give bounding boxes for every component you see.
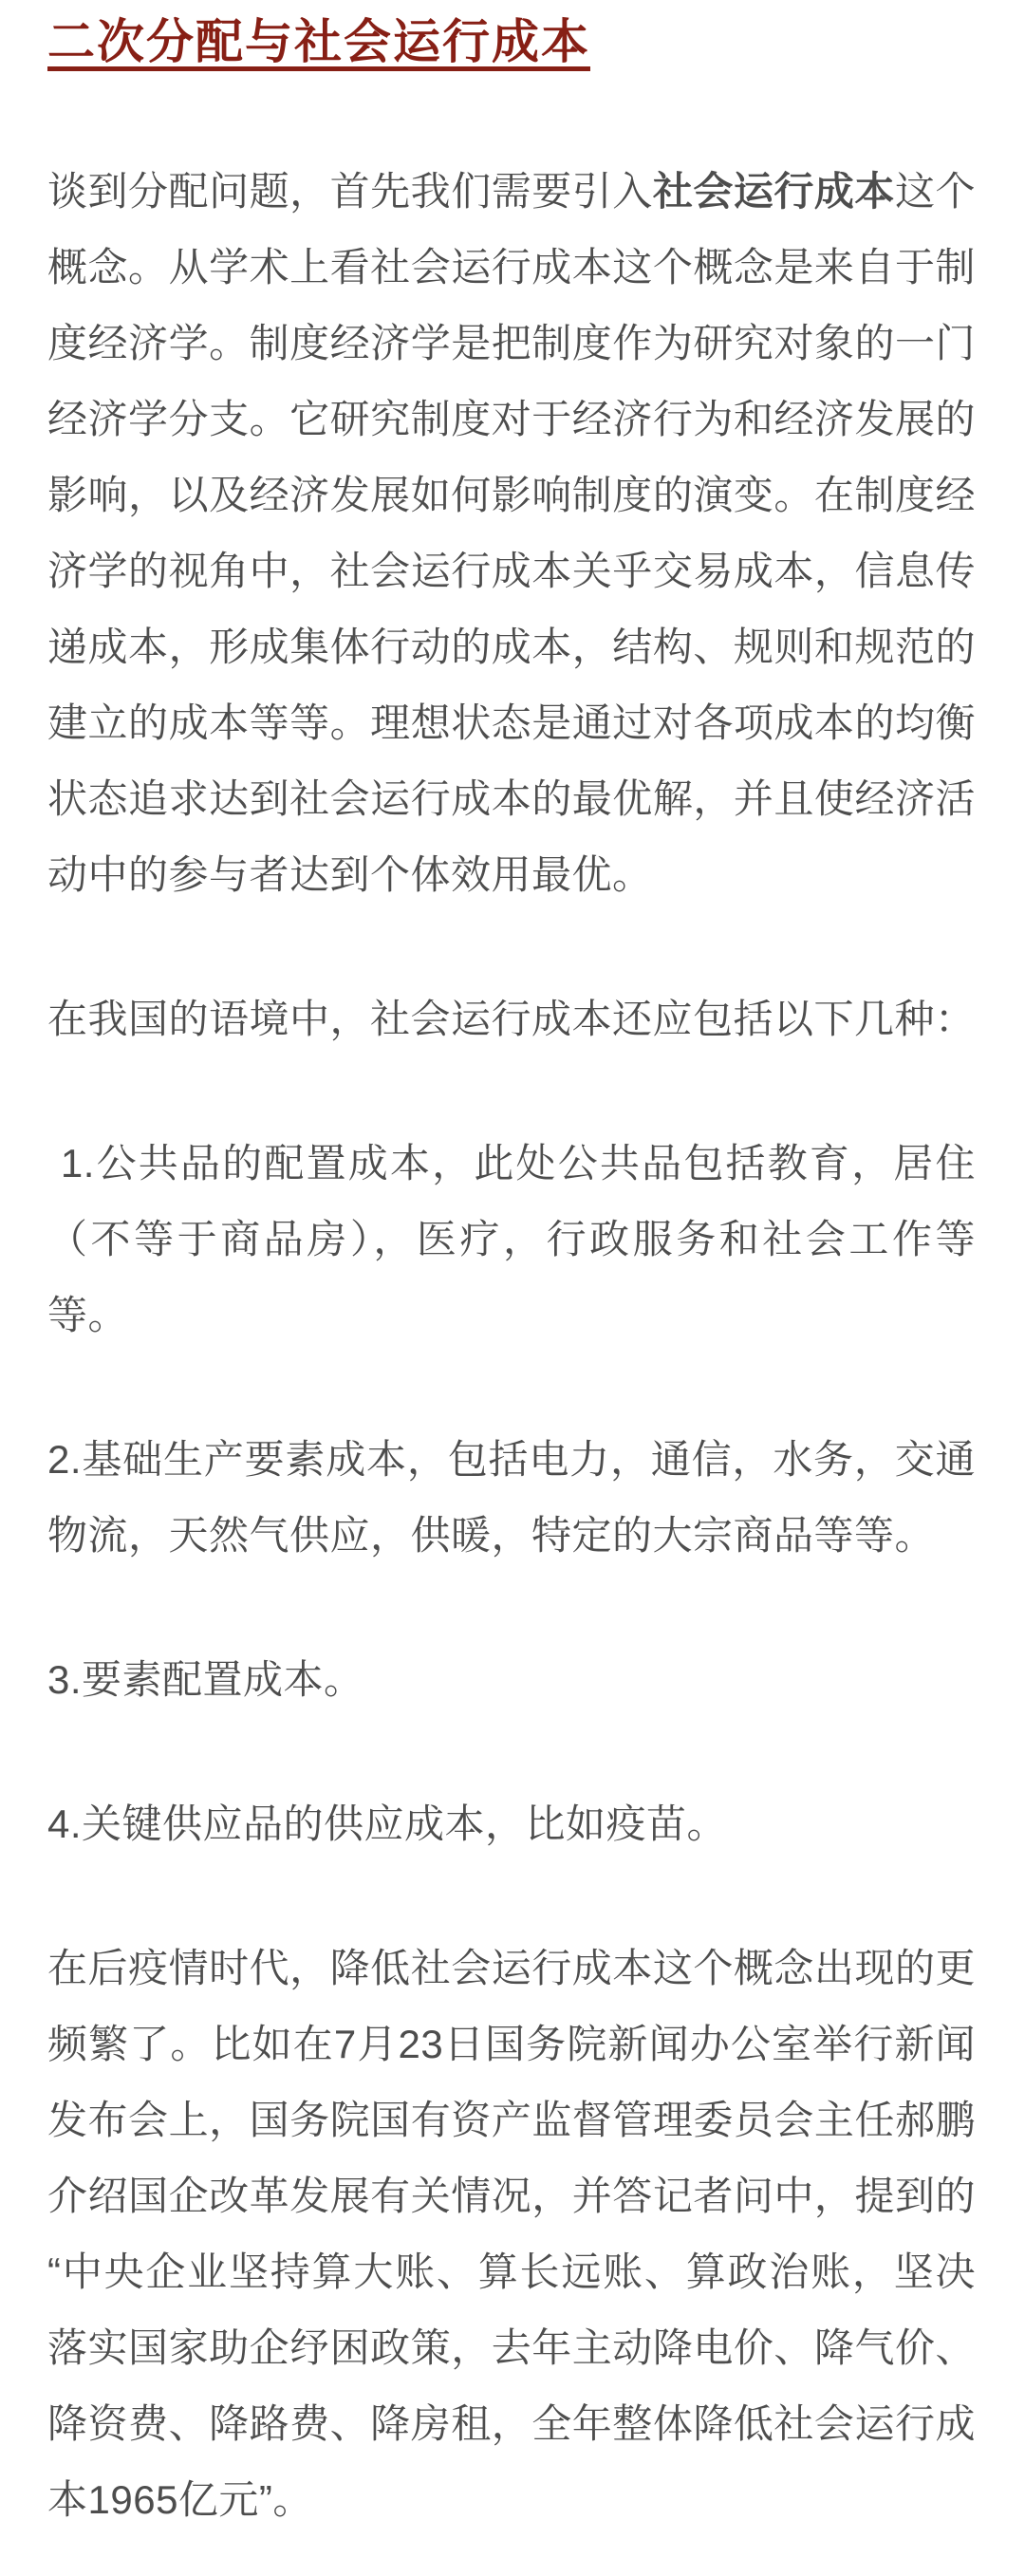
paragraph-text: 2.基础生产要素成本，包括电力，通信，水务，交通物流，天然气供应，供暖，特定的大… (47, 1437, 976, 1558)
paragraph-text: 在后疫情时代，降低社会运行成本这个概念出现的更频繁了。比如在7月23日国务院新闻… (47, 1946, 976, 2522)
article-body: 谈到分配问题，首先我们需要引入社会运行成本这个概念。从学术上看社会运行成本这个概… (47, 154, 976, 2538)
paragraph-text: 这个概念。从学术上看社会运行成本这个概念是来自于制度经济学。制度经济学是把制度作… (47, 169, 976, 897)
paragraph-text: 谈到分配问题，首先我们需要引入 (47, 169, 653, 214)
bold-keyword: 社会运行成本 (653, 169, 895, 214)
paragraph: 4.关键供应品的供应成本，比如疫苗。 (47, 1786, 976, 1862)
paragraph: 在我国的语境中，社会运行成本还应包括以下几种： (47, 981, 976, 1057)
paragraph: 1.公共品的配置成本，此处公共品包括教育，居住（不等于商品房），医疗，行政服务和… (47, 1126, 976, 1353)
paragraph-text: 在我国的语境中，社会运行成本还应包括以下几种： (47, 997, 976, 1041)
paragraph: 在后疫情时代，降低社会运行成本这个概念出现的更频繁了。比如在7月23日国务院新闻… (47, 1931, 976, 2538)
paragraph: 2.基础生产要素成本，包括电力，通信，水务，交通物流，天然气供应，供暖，特定的大… (47, 1422, 976, 1574)
paragraph-text: 4.关键供应品的供应成本，比如疫苗。 (47, 1801, 727, 1846)
article-title: 二次分配与社会运行成本 (47, 13, 976, 70)
paragraph: 3.要素配置成本。 (47, 1642, 976, 1718)
article-page: 二次分配与社会运行成本 谈到分配问题，首先我们需要引入社会运行成本这个概念。从学… (0, 0, 1025, 2576)
paragraph: 谈到分配问题，首先我们需要引入社会运行成本这个概念。从学术上看社会运行成本这个概… (47, 154, 976, 913)
paragraph-text: 1.公共品的配置成本，此处公共品包括教育，居住（不等于商品房），医疗，行政服务和… (47, 1141, 976, 1337)
paragraph-text: 3.要素配置成本。 (47, 1657, 364, 1702)
